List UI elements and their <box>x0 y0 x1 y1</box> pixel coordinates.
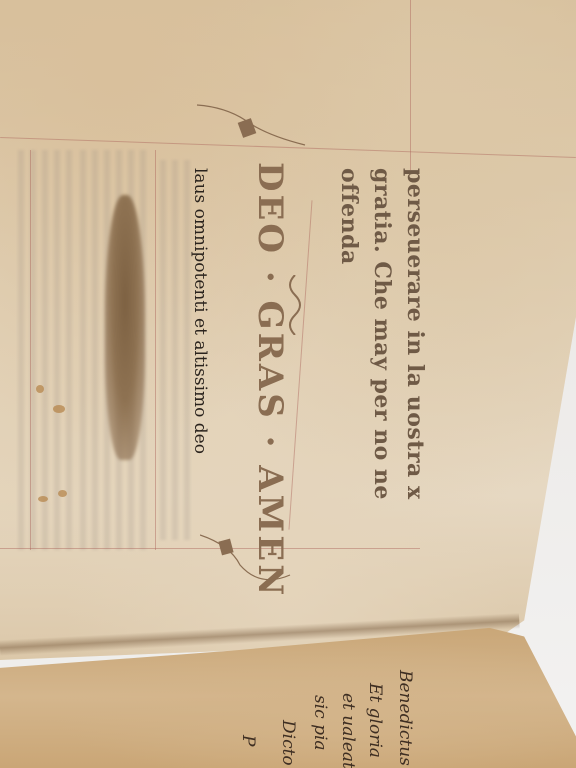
ruling-line <box>155 150 156 550</box>
handwritten-line: Et gloria <box>365 683 385 758</box>
decorative-flourish <box>195 95 315 165</box>
handwritten-line: et ualeat <box>338 693 358 768</box>
stain-spot <box>58 490 67 497</box>
ruling-line <box>30 150 31 550</box>
black-text-line: laus omnipotenti et altissimo deo <box>190 168 210 454</box>
ruling-line <box>288 200 312 529</box>
stain-spot <box>36 385 44 393</box>
stain-spot <box>38 496 48 502</box>
rubric-line: DEO · GRAS · AMEN <box>250 162 290 598</box>
handwritten-line: sic pia <box>310 695 330 751</box>
text-line: gratia. Che may per no ne <box>369 168 395 500</box>
upper-page: perseuerare in la uostra x gratia. Che m… <box>0 0 576 660</box>
stain-spot <box>53 405 65 413</box>
bleed-through-column <box>160 160 190 540</box>
handwritten-line: Benedictus <box>395 670 415 766</box>
ink-smudge <box>105 195 145 460</box>
text-line: perseuerare in la uostra x <box>402 168 428 500</box>
handwritten-line: P <box>238 735 258 746</box>
handwritten-line: Dicto <box>278 720 298 766</box>
ruling-line <box>410 0 411 170</box>
text-line: offenda <box>336 168 362 265</box>
manuscript-photo: perseuerare in la uostra x gratia. Che m… <box>0 0 576 768</box>
bleed-through-column <box>18 150 78 550</box>
